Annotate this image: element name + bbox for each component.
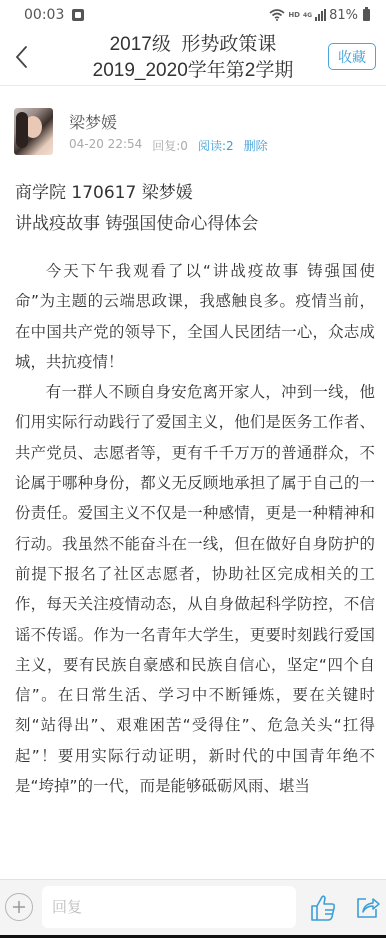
header: 2017级 形势政策课 2019_2020学年第2学期 收藏 — [0, 30, 386, 86]
page-title: 2017级 形势政策课 2019_2020学年第2学期 — [60, 32, 326, 84]
read-count-link[interactable]: 阅读:2 — [198, 137, 234, 154]
hd-label: HD — [288, 11, 300, 19]
battery-icon — [363, 9, 370, 21]
author-name[interactable]: 梁梦媛 — [69, 110, 117, 133]
chevron-left-icon — [14, 45, 28, 69]
status-left: 00:03 — [24, 7, 84, 23]
cell-signal-icon — [315, 9, 326, 21]
title-line-1: 2017级 形势政策课 — [60, 32, 326, 58]
favorite-button[interactable]: 收藏 — [328, 43, 376, 70]
paragraph: 有一群人不顾自身安危离开家人，冲到一线，他们用实际行动践行了爱国主义，他们是医务… — [15, 377, 375, 801]
share-icon[interactable] — [355, 895, 380, 920]
add-attachment-button[interactable] — [5, 893, 33, 921]
post-title-line-1: 商学院 170617 梁梦媛 — [15, 178, 258, 209]
status-time: 00:03 — [24, 7, 64, 23]
notification-app-icon — [72, 9, 84, 21]
network-type-label: 4G — [303, 12, 312, 19]
title-line-2: 2019_2020学年第2学期 — [60, 58, 326, 84]
post-title: 商学院 170617 梁梦媛 讲战疫故事 铸强国使命心得体会 — [15, 178, 258, 240]
battery-percent: 81% — [329, 8, 358, 23]
status-bar: 00:03 HD 4G 81% — [0, 0, 386, 30]
reply-count: 回复:0 — [152, 137, 188, 154]
post-body: 今天下午我观看了以“讲战疫故事 铸强国使命”为主题的云端思政课，我感触良多。疫情… — [15, 256, 375, 801]
thumbs-up-icon[interactable] — [310, 894, 336, 922]
avatar[interactable] — [14, 108, 53, 155]
back-button[interactable] — [10, 42, 32, 72]
reply-input[interactable] — [42, 886, 296, 928]
plus-icon — [12, 900, 26, 914]
post-title-line-2: 讲战疫故事 铸强国使命心得体会 — [15, 209, 258, 240]
post-meta: 04-20 22:54 回复:0 阅读:2 删除 — [69, 137, 268, 154]
status-right: HD 4G 81% — [269, 8, 370, 23]
reply-bar — [0, 879, 386, 938]
delete-link[interactable]: 删除 — [244, 137, 268, 154]
wifi-icon — [269, 9, 285, 21]
author-info: 梁梦媛 04-20 22:54 回复:0 阅读:2 删除 — [14, 108, 374, 162]
post-datetime: 04-20 22:54 — [69, 137, 142, 154]
paragraph: 今天下午我观看了以“讲战疫故事 铸强国使命”为主题的云端思政课，我感触良多。疫情… — [15, 256, 375, 377]
